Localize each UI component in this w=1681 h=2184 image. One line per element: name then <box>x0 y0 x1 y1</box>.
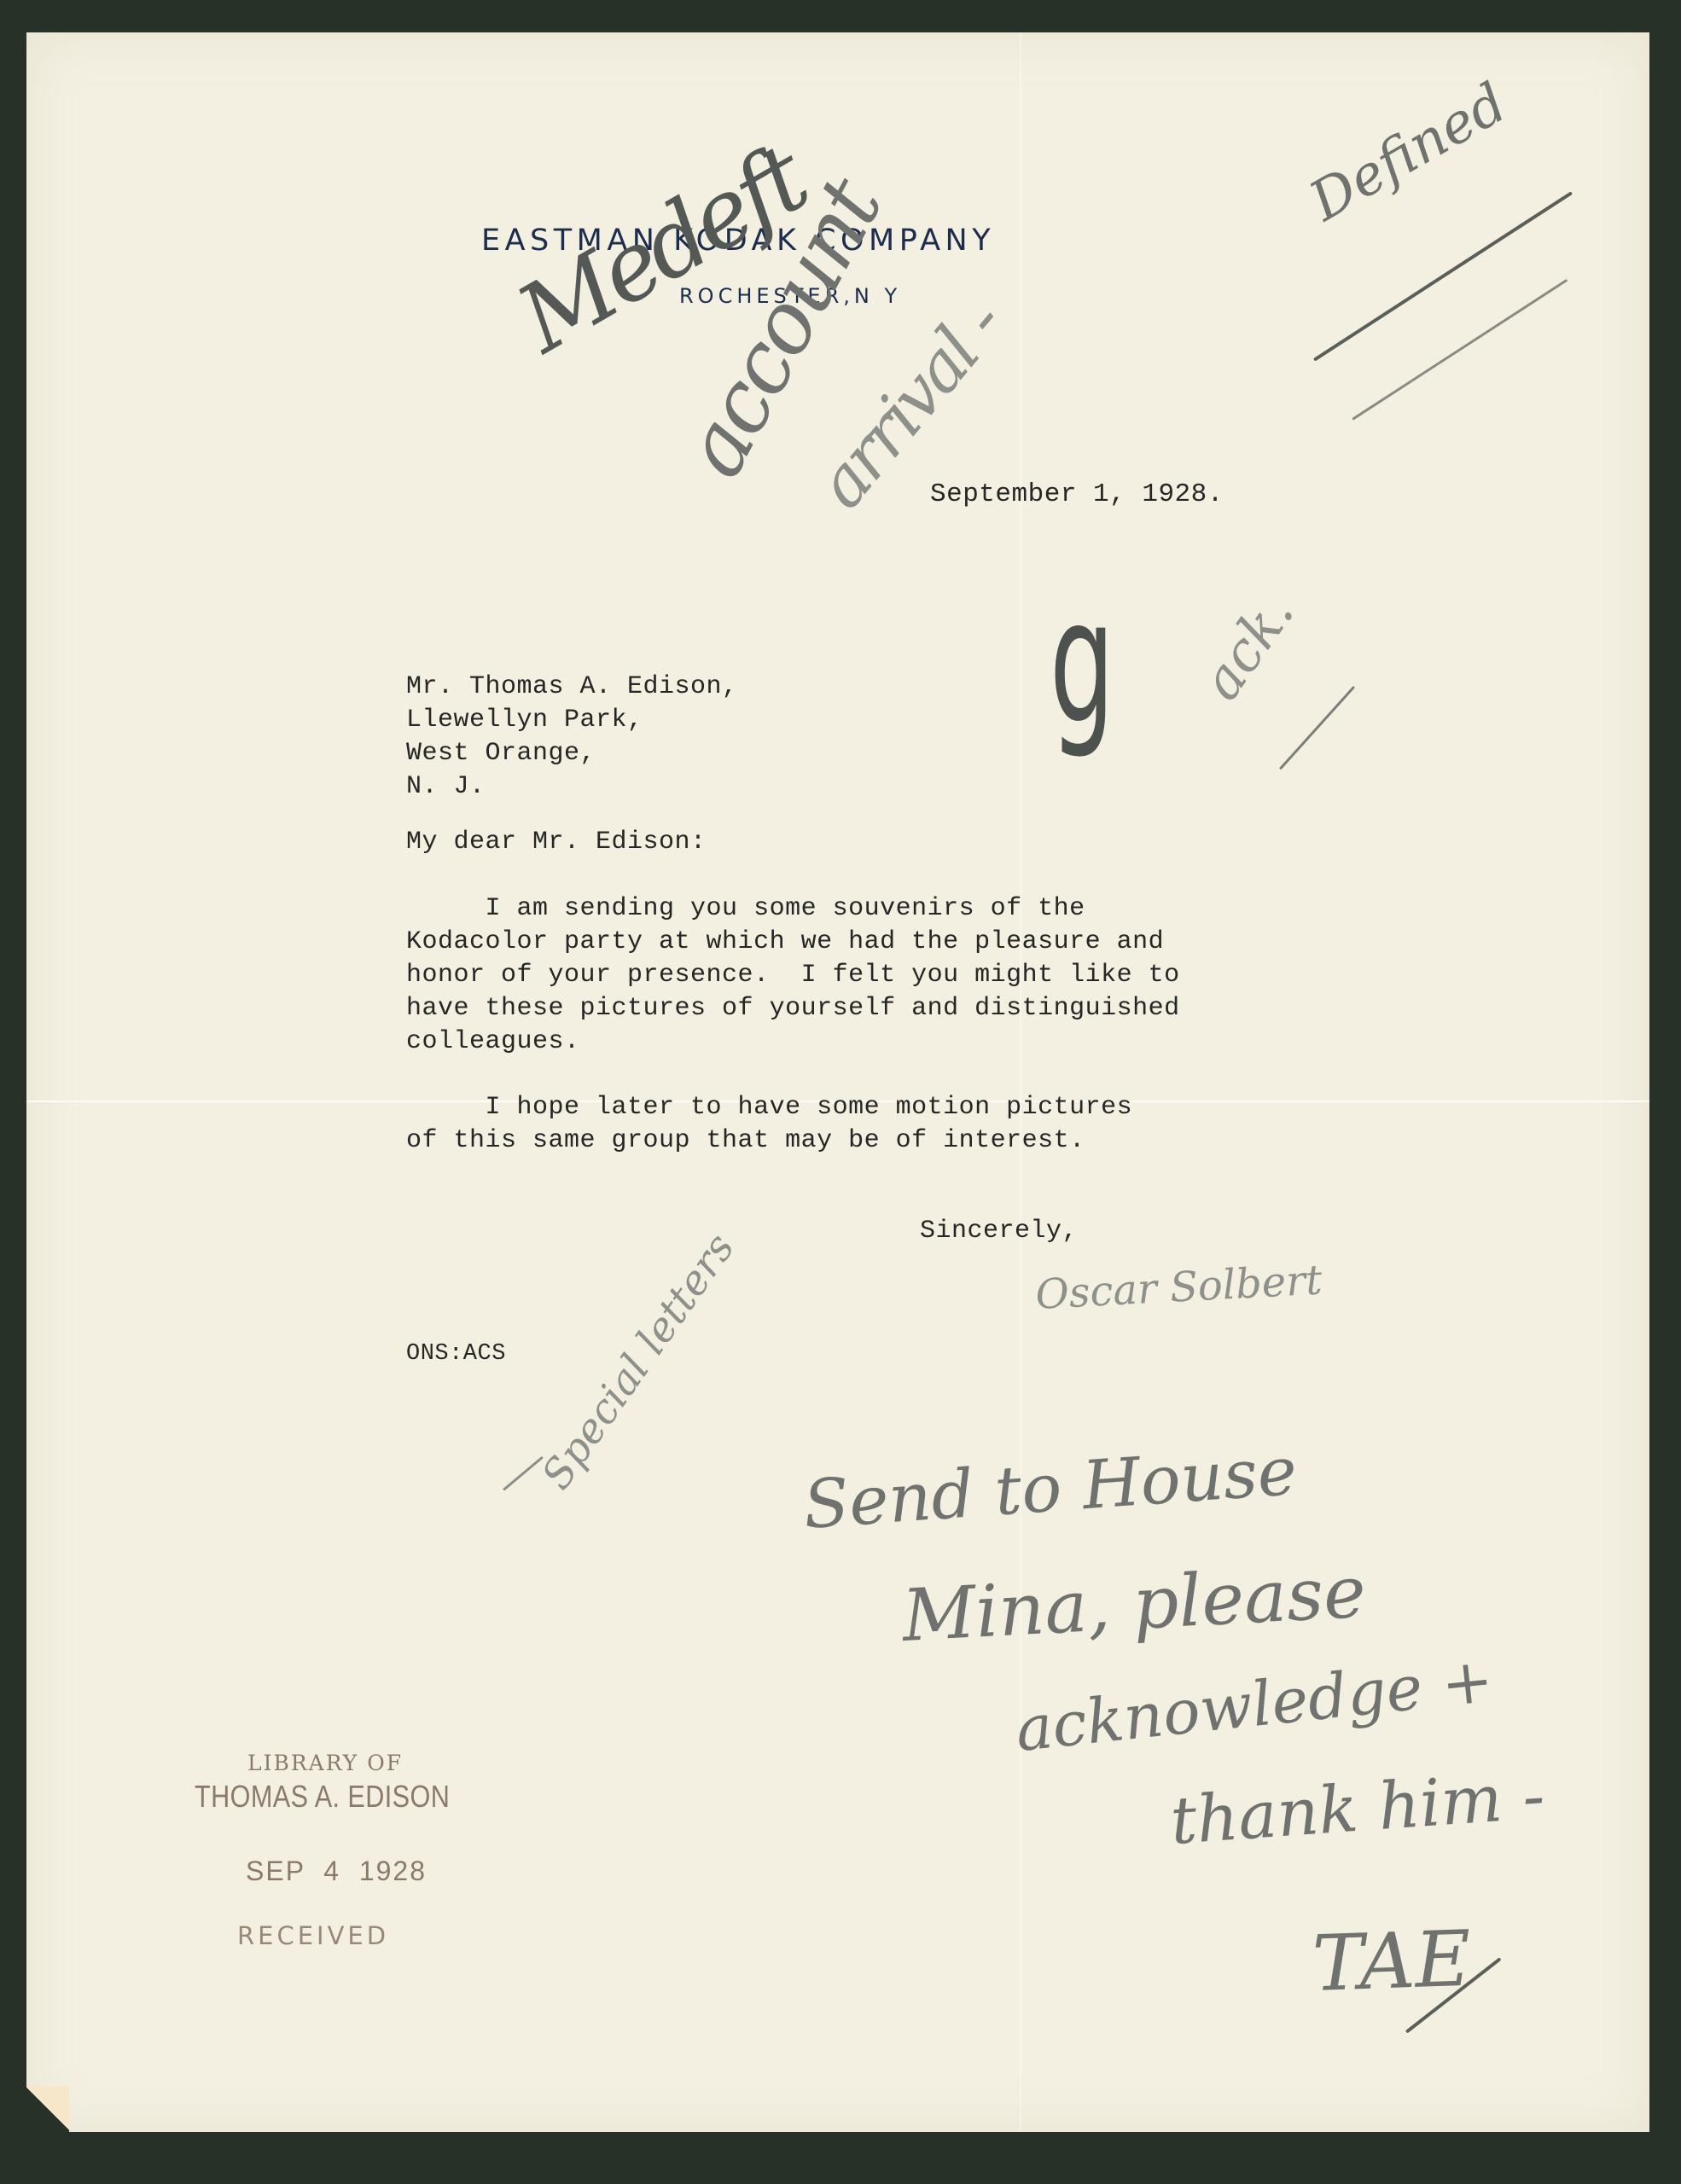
body-paragraph-2: I hope later to have some motion picture… <box>406 1091 1132 1158</box>
address-line: West Orange, <box>406 737 738 770</box>
stamp-owner-name: THOMAS A. EDISON <box>195 1779 450 1815</box>
annotation-tae-initials: TAE <box>1311 1914 1472 2009</box>
body-line: honor of your presence. I felt you might… <box>406 959 1180 992</box>
address-line: N. J. <box>406 770 738 804</box>
body-line: have these pictures of yourself and dist… <box>406 992 1180 1025</box>
reference-initials: ONS:ACS <box>406 1338 506 1371</box>
vertical-fold-crease <box>1020 32 1021 2132</box>
body-line: I am sending you some souvenirs of the <box>406 892 1180 926</box>
address-line: Llewellyn Park, <box>406 704 738 737</box>
address-line: Mr. Thomas A. Edison, <box>406 671 738 704</box>
body-paragraph-1: I am sending you some souvenirs of theKo… <box>406 892 1180 1059</box>
body-line: Kodacolor party at which we had the plea… <box>406 926 1180 959</box>
closing: Sincerely, <box>920 1215 1078 1248</box>
stamp-received-date: SEP 4 1928 <box>246 1856 427 1887</box>
body-line: of this same group that may be of intere… <box>406 1124 1132 1158</box>
recipient-address: Mr. Thomas A. Edison,Llewellyn Park,West… <box>406 671 738 804</box>
body-line: colleagues. <box>406 1025 1180 1059</box>
letter-date: September 1, 1928. <box>930 478 1224 511</box>
stamp-received-label: RECEIVED <box>237 1921 389 1950</box>
stamp-library-of: LIBRARY OF <box>247 1751 403 1775</box>
salutation: My dear Mr. Edison: <box>406 826 707 859</box>
annotation-g-mark: g <box>1050 563 1114 762</box>
body-line: I hope later to have some motion picture… <box>406 1091 1132 1124</box>
folded-corner <box>26 2086 69 2132</box>
